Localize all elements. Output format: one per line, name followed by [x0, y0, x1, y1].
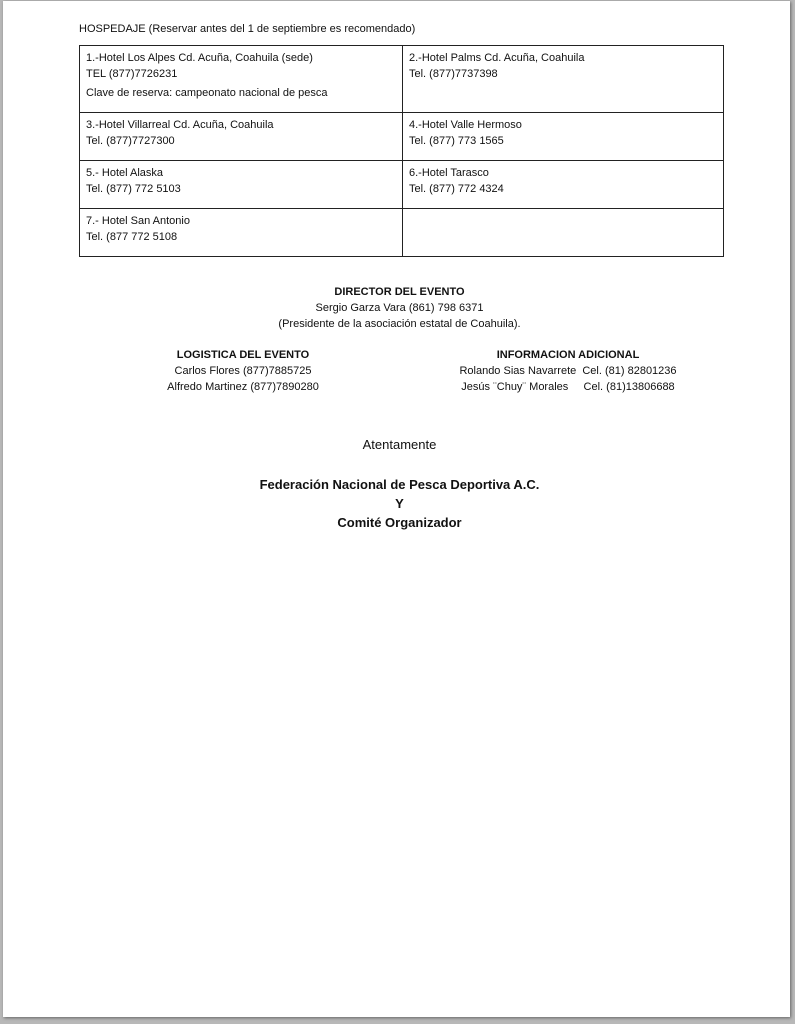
director-title: DIRECTOR DEL EVENTO: [6, 284, 793, 300]
hotel-cell: 1.-Hotel Los Alpes Cd. Acuña, Coahuila (…: [80, 46, 403, 113]
informacion-title: INFORMACION ADICIONAL: [443, 347, 693, 363]
hotel-name: 5.- Hotel Alaska: [86, 165, 396, 181]
hotel-cell: 2.-Hotel Palms Cd. Acuña, Coahuila Tel. …: [403, 46, 724, 113]
signature-block: Federación Nacional de Pesca Deportiva A…: [6, 475, 793, 532]
hotel-name: 6.-Hotel Tarasco: [409, 165, 717, 181]
logistica-section: LOGISTICA DEL EVENTO Carlos Flores (877)…: [153, 347, 333, 395]
hotel-name: 2.-Hotel Palms Cd. Acuña, Coahuila: [409, 50, 717, 66]
organization-name: Federación Nacional de Pesca Deportiva A…: [6, 475, 793, 494]
hotel-phone: Tel. (877) 772 4324: [409, 181, 717, 197]
document-page: HOSPEDAJE (Reservar antes del 1 de septi…: [3, 1, 790, 1017]
hotel-name: 1.-Hotel Los Alpes Cd. Acuña, Coahuila (…: [86, 50, 396, 66]
hotel-phone: Tel. (877 772 5108: [86, 229, 396, 245]
director-section: DIRECTOR DEL EVENTO Sergio Garza Vara (8…: [6, 284, 793, 332]
director-role: (Presidente de la asociación estatal de …: [6, 316, 793, 332]
hotel-name: 3.-Hotel Villarreal Cd. Acuña, Coahuila: [86, 117, 396, 133]
hotel-name: 7.- Hotel San Antonio: [86, 213, 396, 229]
hotel-phone: Tel. (877) 772 5103: [86, 181, 396, 197]
hotel-cell: 7.- Hotel San Antonio Tel. (877 772 5108: [80, 209, 403, 257]
salutation: Atentamente: [6, 437, 793, 453]
hotel-name: 4.-Hotel Valle Hermoso: [409, 117, 717, 133]
logistica-title: LOGISTICA DEL EVENTO: [153, 347, 333, 363]
hospedaje-heading: HOSPEDAJE (Reservar antes del 1 de septi…: [79, 23, 415, 35]
logistica-contact: Alfredo Martinez (877)7890280: [153, 379, 333, 395]
hotel-cell: 4.-Hotel Valle Hermoso Tel. (877) 773 15…: [403, 113, 724, 161]
informacion-contact: Rolando Sias Navarrete Cel. (81) 8280123…: [443, 363, 693, 379]
empty-cell: [403, 209, 724, 257]
hotel-phone: Tel. (877)7727300: [86, 133, 396, 149]
table-row: 7.- Hotel San Antonio Tel. (877 772 5108: [80, 209, 724, 257]
informacion-section: INFORMACION ADICIONAL Rolando Sias Navar…: [443, 347, 693, 395]
hotel-phone: Tel. (877) 773 1565: [409, 133, 717, 149]
conjunction: Y: [6, 494, 793, 513]
hotel-note: Clave de reserva: campeonato nacional de…: [86, 85, 396, 101]
hotel-phone: TEL (877)7726231: [86, 66, 396, 82]
hotel-cell: 3.-Hotel Villarreal Cd. Acuña, Coahuila …: [80, 113, 403, 161]
table-row: 3.-Hotel Villarreal Cd. Acuña, Coahuila …: [80, 113, 724, 161]
table-row: 1.-Hotel Los Alpes Cd. Acuña, Coahuila (…: [80, 46, 724, 113]
informacion-contact: Jesús ¨Chuy¨ Morales Cel. (81)13806688: [443, 379, 693, 395]
logistica-contact: Carlos Flores (877)7885725: [153, 363, 333, 379]
hotels-table: 1.-Hotel Los Alpes Cd. Acuña, Coahuila (…: [79, 45, 724, 257]
table-row: 5.- Hotel Alaska Tel. (877) 772 5103 6.-…: [80, 161, 724, 209]
director-name: Sergio Garza Vara (861) 798 6371: [6, 300, 793, 316]
hotel-cell: 5.- Hotel Alaska Tel. (877) 772 5103: [80, 161, 403, 209]
hotel-cell: 6.-Hotel Tarasco Tel. (877) 772 4324: [403, 161, 724, 209]
committee-name: Comité Organizador: [6, 513, 793, 532]
hotel-phone: Tel. (877)7737398: [409, 66, 717, 82]
